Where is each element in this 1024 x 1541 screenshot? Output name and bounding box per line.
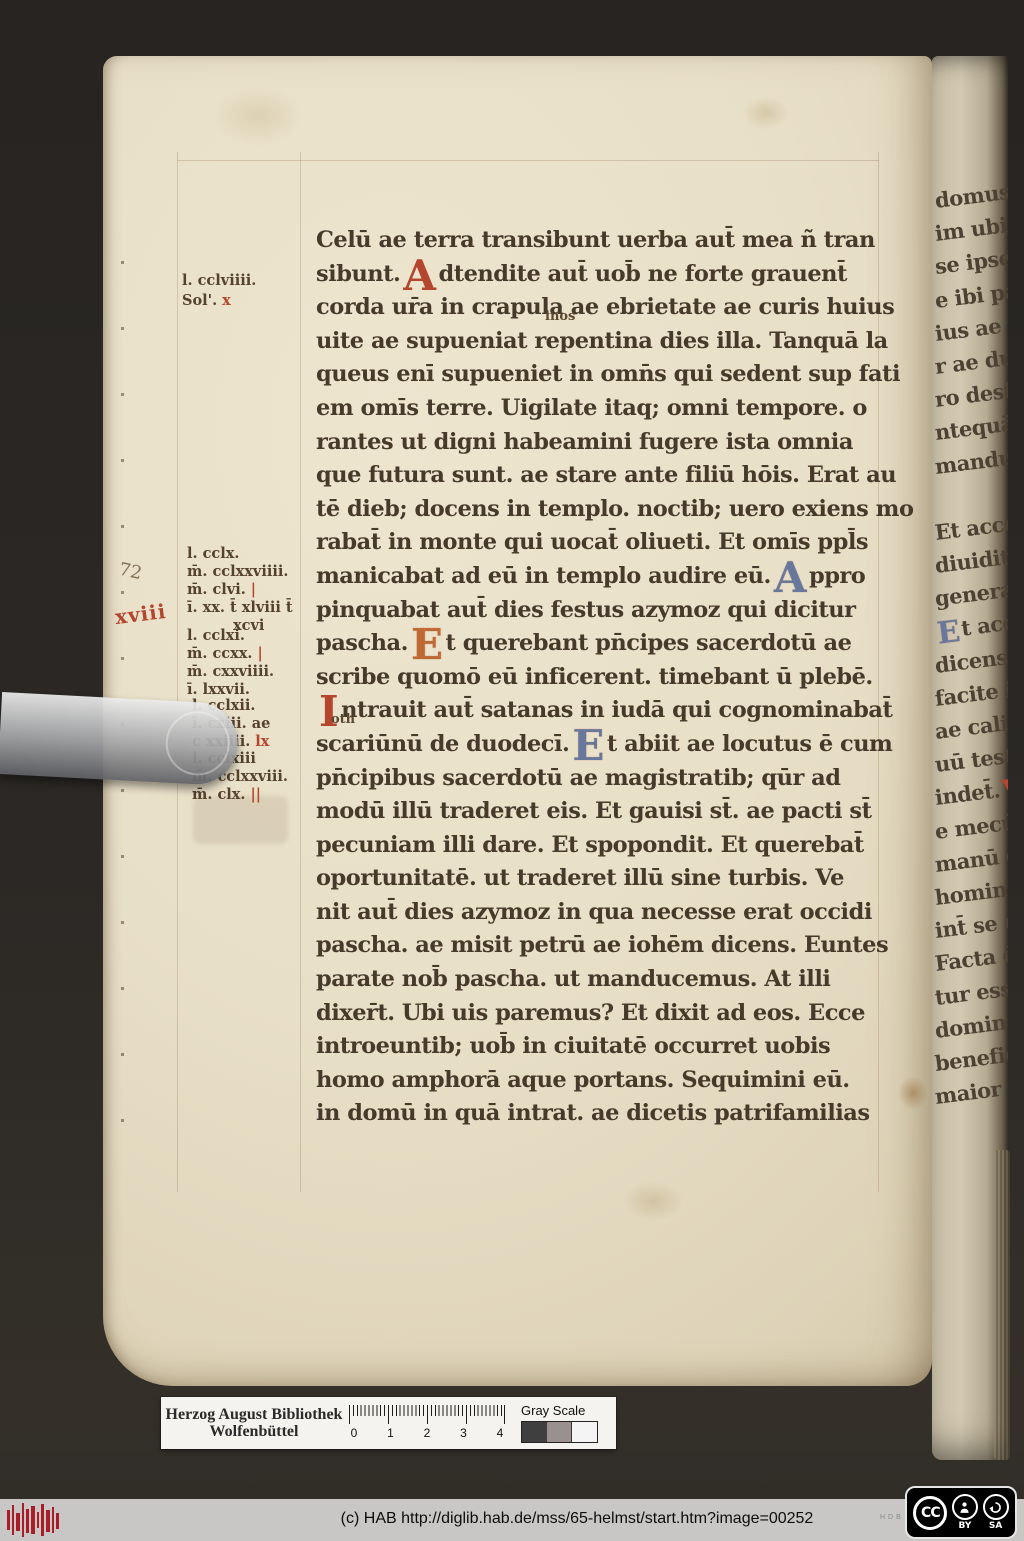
main-text-block: Celū ae terra transibunt uerba aut̄ mea … [316,224,912,1131]
margin-note-line: Sol'.x [182,291,256,311]
cc-sa-icon [983,1494,1009,1520]
cc-sa: SA [983,1494,1009,1531]
label-title-line1: Herzog August Bibliothek [161,1406,347,1423]
sa-label: SA [989,1521,1002,1531]
text-line: rabat̄ in monte qui uocat̄ oliueti. Et o… [316,526,912,560]
margin-note-line: l. cclxi. [187,627,274,645]
text-line: scribe quomō eū inficerent. timebant ū p… [316,661,912,695]
footer-bar: (c) HAB http://diglib.hab.de/mss/65-helm… [0,1499,1024,1541]
gray-scale-patch-mid [547,1422,572,1442]
margin-note-line: l. cclviiii. [182,271,256,291]
gray-scale-patch-white [571,1422,597,1442]
interlinear-gloss-2: oth [331,712,355,727]
margin-note-line: m̄. clx.|| [192,786,288,804]
gray-scale-patches [521,1421,598,1443]
red-mark: x [222,292,231,309]
digitized-manuscript-photo: 72 xviii l. cclviiii.Sol'.x l. cclx.m̄. … [0,0,1024,1541]
margin-note-line: m̄. ccxx.| [187,645,274,663]
gray-scale-label: Gray Scale [521,1403,598,1418]
text-line: introeuntib; uob̄ in ciuitatē occurret u… [316,1030,912,1064]
text-line: modū illū traderet eis. Et gauisi st̄. a… [316,795,912,829]
cc-logo-icon: CC [913,1496,947,1530]
stain [743,96,789,130]
cc-by: BY [952,1494,978,1531]
text-line: rantes ut digni habeamini fugere ista om… [316,426,912,460]
cc-by-icon [952,1494,978,1520]
ruler-number: 0 [349,1426,359,1440]
page-clamp [0,692,240,786]
text-line: pn̄cipibus sacerdotū ae magistratib; qūr… [316,762,912,796]
text-line: parate nob̄ pascha. ut manducemus. At il… [316,963,912,997]
text-line: uite ae supueniat repentina dies illa. T… [316,325,912,359]
pen-trial-mark: 72 [117,559,144,584]
text-line: in domū in quā intrat. ae dicetis patrif… [316,1097,912,1131]
margin-note-line: m̄. cxxviiii. [187,663,274,681]
text-line: manicabat ad eū in templo audire eū.Appr… [316,560,912,594]
text-line: scariūnū de duodecī.Et abiit ae locutus … [316,728,912,762]
ruler-numbers: 01234 [349,1426,505,1440]
margin-note-line: l. cclx. [187,545,293,563]
ruler-major-tick [466,1405,467,1424]
margin-note-block-2: l. cclx.m̄. cclxxviiii.m̄. clvi.|ī. xx. … [187,545,293,635]
decorated-initial: E [937,632,959,635]
ruler-major-tick [349,1405,350,1424]
text-line: pinquabat aut̄ dies festus azymoz qui di… [316,594,912,628]
hab-barcode-logo-icon [6,1501,78,1541]
text-line: em omīs terre. Uigilate itaq; omni tempo… [316,392,912,426]
cm-ruler: 01234 [347,1400,509,1446]
red-mark: | [257,645,262,662]
label-title-line2: Wolfenbüttel [161,1423,347,1440]
opposite-text-line: domus. Dicit n [933,157,1008,217]
ruler-major-tick [504,1405,505,1424]
gray-scale: Gray Scale [521,1403,598,1443]
margin-note-line: m̄. cclxxviiii. [187,563,293,581]
ruler-number: 2 [422,1426,432,1440]
ruler-major-tick [427,1405,428,1424]
text-line: dixer̄t. Ubi uis paremus? Et dixit ad eo… [316,997,912,1031]
red-mark: | [251,581,256,598]
decorated-initial: V [1002,790,1008,793]
interlinear-gloss-1: inos [545,309,575,324]
library-label: Herzog August Bibliothek Wolfenbüttel 01… [161,1397,616,1449]
ruling-line-horizontal [177,160,879,161]
text-line: tē dieb; docens in templo. noctib; uero … [316,493,912,527]
label-title: Herzog August Bibliothek Wolfenbüttel [161,1406,347,1440]
text-line: oportunitatē. ut traderet illū sine turb… [316,862,912,896]
text-line: pecuniam illi dare. Et spopondit. Et que… [316,829,912,863]
text-line: corda ur̄a in crapula ae ebrietate ae cu… [316,291,912,325]
tiny-code-text: HDB [880,1514,904,1521]
opposite-page-text: domus. Dicit n im ubi pascha se ipse nob… [935,184,1008,1113]
margin-note-line: m̄. clvi.| [187,581,293,599]
margin-note-line: ī. xx. t̄ xlviii t̄ [187,599,293,617]
ruling-line-vertical-1 [177,152,178,1192]
cc-badge: CC BY SA [905,1486,1017,1539]
by-label: BY [959,1521,972,1531]
margin-note-block-3: l. cclxi.m̄. ccxx.|m̄. cxxviiii.ī. lxxvi… [187,627,274,699]
ruler-major-tick [388,1405,389,1424]
gray-scale-patch-dark [522,1422,547,1442]
text-line: Intrauit aut̄ satanas in iudā qui cognom… [316,694,912,728]
red-mark: lx [255,733,269,750]
red-mark: || [250,786,261,803]
text-line: sibunt.Adtendite aut̄ uob̄ ne forte grau… [316,258,912,292]
stain [213,86,303,146]
stain [623,1181,683,1221]
ruler-number: 1 [386,1426,396,1440]
text-line: pascha. ae misit petrū ae iohēm dicens. … [316,929,912,963]
text-line: que futura sunt. ae stare ante filiū hōi… [316,459,912,493]
ruler-number: 3 [459,1426,469,1440]
margin-quire-numeral: xviii [114,599,168,629]
ruler-number: 4 [495,1426,505,1440]
text-line: nit aut̄ dies azymoz in qua necesse erat… [316,896,912,930]
ruling-line-vertical-2 [300,152,301,1192]
margin-note-block-1: l. cclviiii.Sol'.x [182,271,256,311]
text-line: pascha.Et querebant pn̄cipes sacerdotū a… [316,627,912,661]
page-stack-edge [994,1150,1010,1460]
text-line: queus enī supueniet in omn̄s qui sedent … [316,358,912,392]
text-line: homo amphorā aque portans. Sequimini eū. [316,1064,912,1098]
